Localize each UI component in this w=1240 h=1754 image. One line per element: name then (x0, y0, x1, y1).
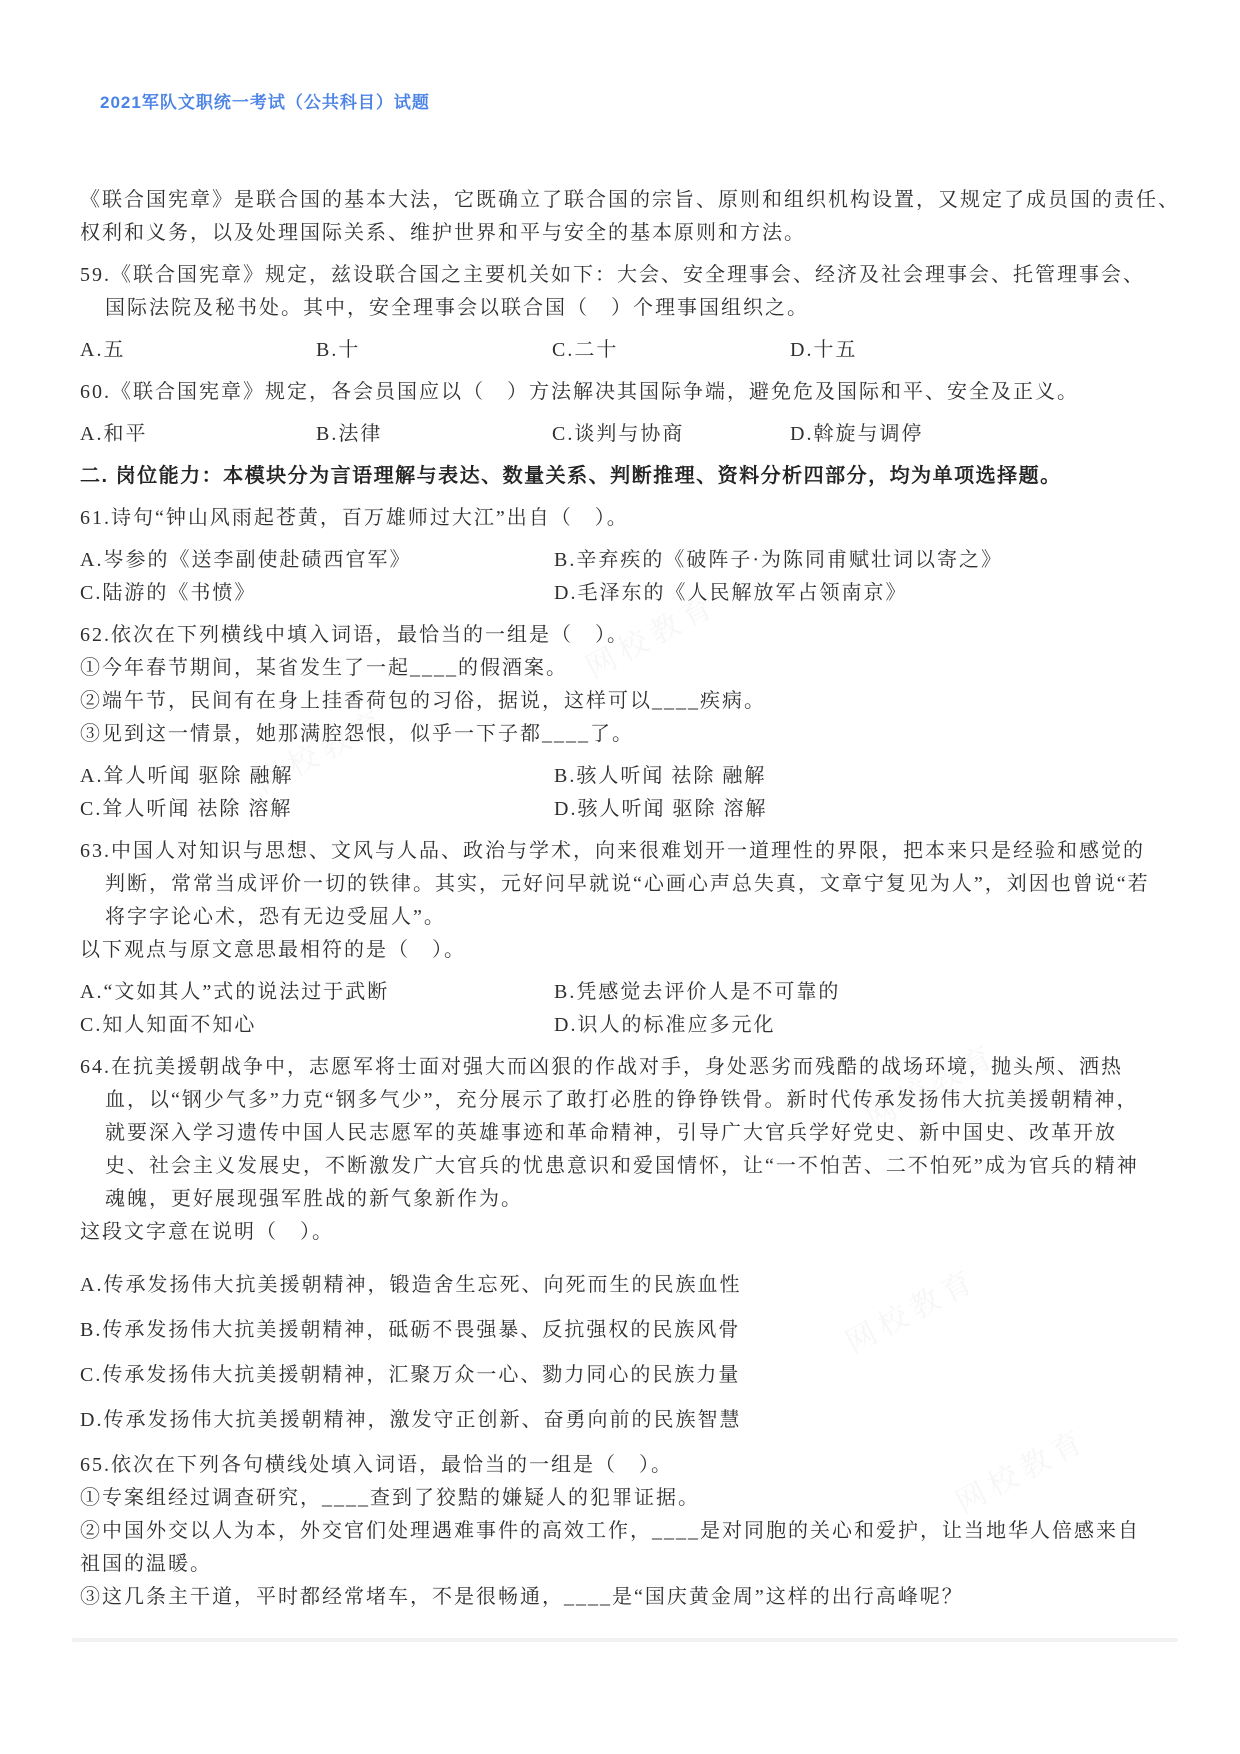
options-grid: A.耸人听闻 驱除 融解B.骇人听闻 祛除 融解C.耸人听闻 祛除 溶解D.骇人… (80, 760, 1157, 826)
option-item: C.二十 (552, 334, 790, 367)
question-block-65: 65.依次在下列各句横线处填入词语，最恰当的一组是（ ）。①专案组经过调查研究，… (80, 1449, 1157, 1614)
question-sub-line: ①今年春节期间，某省发生了一起____的假酒案。 (80, 652, 1157, 685)
question-stem-text: 依次在下列横线中填入词语，最恰当的一组是（ ）。 (111, 624, 629, 646)
option-item: D.斡旋与调停 (790, 418, 1157, 451)
question-number: 65. (80, 1454, 111, 1476)
option-item: B.凭感觉去评价人是不可靠的 (554, 976, 1157, 1009)
option-item: D.识人的标准应多元化 (554, 1009, 1157, 1042)
question-stem-text: 中国人对知识与思想、文风与人品、政治与学术，向来很难划开一道理性的界限，把本来只… (105, 840, 1150, 928)
question-stem-text: 《联合国宪章》规定，兹设联合国之主要机关如下：大会、安全理事会、经济及社会理事会… (105, 264, 1145, 319)
question-number: 61. (80, 507, 111, 529)
option-item: A.岑参的《送李副使赴碛西官军》 (80, 544, 554, 577)
question-stem: 65.依次在下列各句横线处填入词语，最恰当的一组是（ ）。 (80, 1449, 1157, 1482)
question-block-59: 59.《联合国宪章》规定，兹设联合国之主要机关如下：大会、安全理事会、经济及社会… (80, 259, 1157, 367)
question-number: 59. (80, 264, 111, 286)
option-item: A.“文如其人”式的说法过于武断 (80, 976, 554, 1009)
options-grid: A.岑参的《送李副使赴碛西官军》B.辛弃疾的《破阵子·为陈同甫赋壮词以寄之》C.… (80, 544, 1157, 610)
question-sub-line: ②中国外交以人为本，外交官们处理遇难事件的高效工作，____是对同胞的关心和爱护… (80, 1515, 1157, 1581)
question-sub-line: ①专案组经过调查研究，____查到了狡黠的嫌疑人的犯罪证据。 (80, 1482, 1157, 1515)
question-stem: 60.《联合国宪章》规定，各会员国应以（ ）方法解决其国际争端，避免危及国际和平… (80, 376, 1157, 409)
question-stem: 62.依次在下列横线中填入词语，最恰当的一组是（ ）。 (80, 619, 1157, 652)
question-stem-text: 在抗美援朝战争中，志愿军将士面对强大而凶狠的作战对手，身处恶劣而残酷的战场环境，… (105, 1056, 1139, 1210)
question-stem-text: 《联合国宪章》规定，各会员国应以（ ）方法解决其国际争端，避免危及国际和平、安全… (111, 381, 1079, 403)
option-item: A.和平 (80, 418, 316, 451)
question-block-61: 61.诗句“钟山风雨起苍黄，百万雄师过大江”出自（ ）。A.岑参的《送李副使赴碛… (80, 502, 1157, 610)
question-number: 63. (80, 840, 111, 862)
question-stem: 61.诗句“钟山风雨起苍黄，百万雄师过大江”出自（ ）。 (80, 502, 1157, 535)
question-block-62: 62.依次在下列横线中填入词语，最恰当的一组是（ ）。①今年春节期间，某省发生了… (80, 619, 1157, 826)
option-item: C.传承发扬伟大抗美援朝精神，汇聚万众一心、勠力同心的民族力量 (80, 1359, 1157, 1392)
question-number: 62. (80, 624, 111, 646)
option-item: A.传承发扬伟大抗美援朝精神，锻造舍生忘死、向死而生的民族血性 (80, 1269, 1157, 1302)
question-block-63: 63.中国人对知识与思想、文风与人品、政治与学术，向来很难划开一道理性的界限，把… (80, 835, 1157, 1042)
question-sub-line: 以下观点与原文意思最相符的是（ ）。 (80, 934, 1157, 967)
question-stem-text: 依次在下列各句横线处填入词语，最恰当的一组是（ ）。 (111, 1454, 673, 1476)
options-grid: A.和平B.法律C.谈判与协商D.斡旋与调停 (80, 418, 1157, 451)
question-stem: 64.在抗美援朝战争中，志愿军将士面对强大而凶狠的作战对手，身处恶劣而残酷的战场… (80, 1051, 1157, 1216)
exam-page: 2021军队文职统一考试（公共科目）试题 《联合国宪章》是联合国的基本大法，它既… (0, 0, 1240, 1754)
option-item: C.陆游的《书愤》 (80, 577, 554, 610)
option-item: D.传承发扬伟大抗美援朝精神，激发守正创新、奋勇向前的民族智慧 (80, 1404, 1157, 1437)
question-block-64: 64.在抗美援朝战争中，志愿军将士面对强大而凶狠的作战对手，身处恶劣而残酷的战场… (80, 1051, 1157, 1437)
question-stem-text: 诗句“钟山风雨起苍黄，百万雄师过大江”出自（ ）。 (111, 507, 629, 529)
question-number: 60. (80, 381, 111, 403)
footer-divider (72, 1638, 1178, 1642)
option-item: B.法律 (316, 418, 552, 451)
page-title: 2021军队文职统一考试（公共科目）试题 (100, 92, 1182, 114)
intro-paragraph: 《联合国宪章》是联合国的基本大法，它既确立了联合国的宗旨、原则和组织机构设置，又… (80, 184, 1182, 250)
option-item: C.耸人听闻 祛除 溶解 (80, 793, 554, 826)
option-item: B.传承发扬伟大抗美援朝精神，砥砺不畏强暴、反抗强权的民族风骨 (80, 1314, 1157, 1347)
option-item: A.耸人听闻 驱除 融解 (80, 760, 554, 793)
options-grid: A.传承发扬伟大抗美援朝精神，锻造舍生忘死、向死而生的民族血性B.传承发扬伟大抗… (80, 1269, 1157, 1437)
question-sub-line: 这段文字意在说明（ ）。 (80, 1216, 1157, 1249)
question-sub-line: ②端午节，民间有在身上挂香荷包的习俗，据说，这样可以____疾病。 (80, 685, 1157, 718)
option-item: B.辛弃疾的《破阵子·为陈同甫赋壮词以寄之》 (554, 544, 1157, 577)
question-stem: 63.中国人对知识与思想、文风与人品、政治与学术，向来很难划开一道理性的界限，把… (80, 835, 1157, 934)
options-grid: A.五B.十C.二十D.十五 (80, 334, 1157, 367)
option-item: B.骇人听闻 祛除 融解 (554, 760, 1157, 793)
option-item: D.十五 (790, 334, 1157, 367)
exam-body: 《联合国宪章》是联合国的基本大法，它既确立了联合国的宗旨、原则和组织机构设置，又… (55, 184, 1182, 1614)
option-item: D.骇人听闻 驱除 溶解 (554, 793, 1157, 826)
options-grid: A.“文如其人”式的说法过于武断B.凭感觉去评价人是不可靠的C.知人知面不知心D… (80, 976, 1157, 1042)
section-heading: 二. 岗位能力：本模块分为言语理解与表达、数量关系、判断推理、资料分析四部分，均… (80, 460, 1182, 493)
question-number: 64. (80, 1056, 111, 1078)
question-sub-line: ③见到这一情景，她那满腔怨恨，似乎一下子都____了。 (80, 718, 1157, 751)
question-stem: 59.《联合国宪章》规定，兹设联合国之主要机关如下：大会、安全理事会、经济及社会… (80, 259, 1157, 325)
option-item: C.知人知面不知心 (80, 1009, 554, 1042)
question-block-60: 60.《联合国宪章》规定，各会员国应以（ ）方法解决其国际争端，避免危及国际和平… (80, 376, 1157, 451)
option-item: A.五 (80, 334, 316, 367)
option-item: B.十 (316, 334, 552, 367)
option-item: D.毛泽东的《人民解放军占领南京》 (554, 577, 1157, 610)
option-item: C.谈判与协商 (552, 418, 790, 451)
question-sub-line: ③这几条主干道，平时都经常堵车，不是很畅通，____是“国庆黄金周”这样的出行高… (80, 1581, 1157, 1614)
